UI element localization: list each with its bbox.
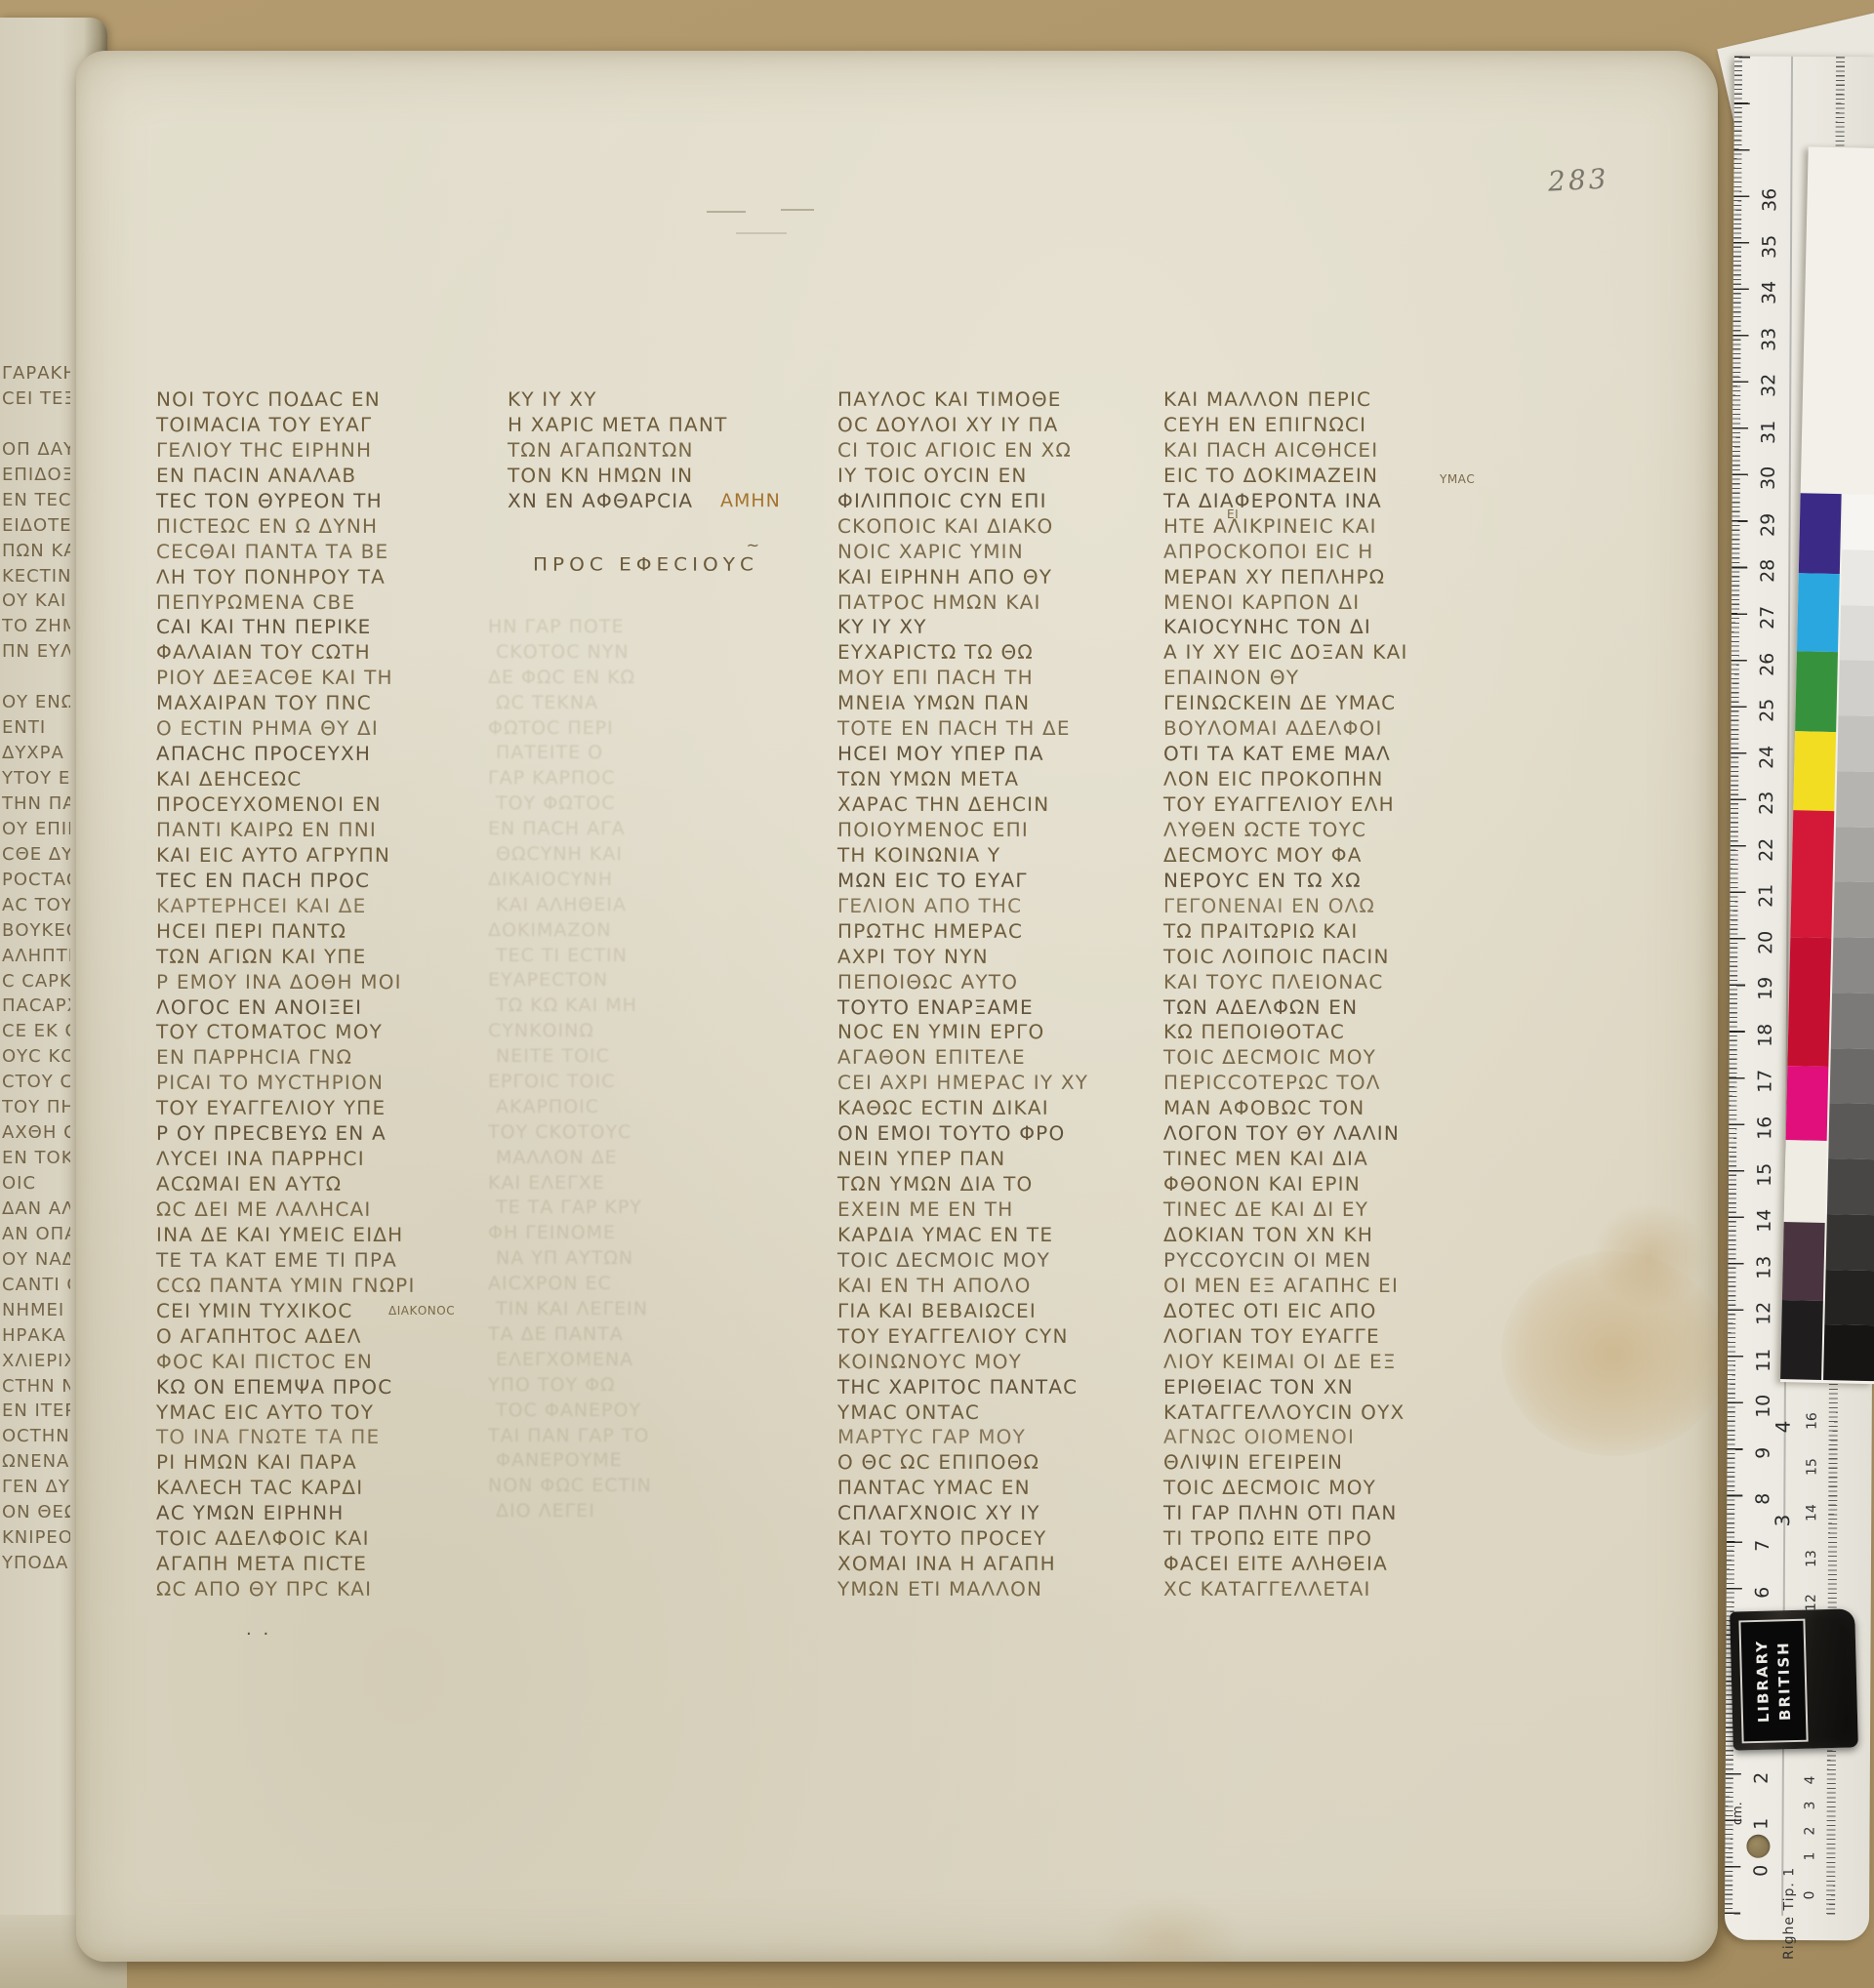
manuscript-line: ΚΑΙ ΜΑΛΛΟΝ ΠΕΡΙC [1163,388,1487,413]
manuscript-line: CΑΙ ΚΑΙ ΤΗΝ ΠΕΡΙΚΕ [156,616,480,640]
bleed-through-line: ΠΑΤΕΙΤΕ Ο [496,741,820,766]
ruler-number-inch: 3 [1771,1506,1790,1535]
fragment-line: ΔΥΧΡΑ [2,741,70,766]
text-column-1: ΝΟΙ ΤΟΥC ΠΟΔΑC ΕΝΤΟΙΜΑCΙΑ ΤΟΥ ΕΥΑΓΓΕΛΙΟΥ… [156,388,480,1603]
ruler-secondary-numbers: 2080161514131243210 [1734,57,1874,58]
manuscript-line: ΤΟΙC ΛΟΙΠΟΙC ΠΑCΙΝ [1163,946,1487,970]
faded-running-title-mark [781,209,814,211]
manuscript-line: ΜΕΡΑΝ ΧΥ ΠΕΠΛΗΡΩ [1163,566,1487,590]
manuscript-line: Ο ΘC ΩC ΕΠΙΠΟΘΩ [837,1451,1161,1476]
manuscript-line: ΦΙΛΙΠΠΟΙC CΥΝ ΕΠΙ [837,490,1161,514]
manuscript-line: ΗCΕΙ ΜΟΥ ΥΠΕΡ ΠΑ [837,743,1161,767]
manuscript-line: ΚΑΙ ΠΑCΗ ΑΙCΘΗCΕΙ [1163,439,1487,464]
fragment-line: ΧΛΙΕΡΙΧ [2,1349,70,1374]
fragment-line: ΔΑΝ ΑΛΑΝ [2,1197,70,1222]
manuscript-line: ΚΑΙΟCΥΝΗC ΤΟΝ ΔΙ [1163,616,1487,640]
manuscript-line: ΠΡΩΤΗC ΗΜΕΡΑC [837,920,1161,945]
manuscript-line: ΥΜΑC ΟΝΤΑC [837,1401,1161,1426]
fragment-line: ΕΠΙΔΟΞΑ [2,463,70,488]
manuscript-line: ΘΛΙΨΙΝ ΕΓΕΙΡΕΙΝ [1163,1451,1487,1476]
manuscript-line: ΓΕΓΟΝΕΝΑΙ ΕΝ ΟΛΩ [1163,895,1487,919]
ruler-number-cm: 14 [1754,1203,1773,1238]
manuscript-line: ΙΥ ΤΟΙC ΟΥCΙΝ ΕΝ [837,465,1161,489]
manuscript-line: ΠΑΥΛΟC ΚΑΙ ΤΙΜΟΘΕ [837,388,1161,413]
ruler-number-cm: 20 [1755,925,1774,960]
gray-step-1 [1842,494,1874,550]
gray-step-5 [1837,715,1874,772]
bleed-through-line: ΥΠΟ ΤΟΥ ΦΩ [488,1373,820,1399]
bleed-through-line: ΝΑ ΥΠ ΑΥΤΩΝ [496,1246,820,1272]
manuscript-line: ΤΙΝΕC ΜΕΝ ΚΑΙ ΔΙΑ [1163,1148,1487,1172]
ruler-number-cm: 36 [1759,183,1778,218]
color-patch-crimson [1787,937,1831,1067]
ruler-number-secondary: 0 [1802,1881,1817,1910]
ruler-number-cm: 9 [1752,1436,1772,1471]
manuscript-line: ΝΟC ΕΝ ΥΜΙΝ ΕΡΓΟ [837,1021,1161,1045]
fragment-line: ΚΕCΤΙΝ [2,564,70,589]
fragment-line: ΚΝΙΡΕΟ [2,1525,70,1551]
fragment-line: ΕΝ ΤΟΚΕ [2,1146,70,1171]
manuscript-line: ΤΟΙC ΑΔΕΛΦΟΙC ΚΑΙ [156,1527,480,1552]
manuscript-line: ΧΑΡΑC ΤΗΝ ΔΕΗCΙΝ [837,793,1161,818]
ruler-number-cm: 18 [1755,1018,1774,1053]
manuscript-line: ΛΟΝ ΕΙC ΠΡΟΚΟΠΗΝ [1163,768,1487,792]
fragment-line: ΑΧΘΗ CΠΟ [2,1120,70,1146]
manuscript-line: ΗΤΕ ΑΛΙΚΡΙΝΕΙC ΚΑΙ [1163,515,1487,540]
manuscript-line: ΛΙΟΥ ΚΕΙΜΑΙ ΟΙ ΔΕ ΕΞ [1163,1351,1487,1375]
bleed-through-line: ΘΩCΥΝΗ ΚΑΙ [496,842,820,868]
fragment-line: ΟΙC [2,1171,70,1197]
manuscript-line: ΑC ΥΜΩΝ ΕΙΡΗΝΗ [156,1502,480,1526]
manuscript-line: ΤΟΥ CΤΟΜΑΤΟC ΜΟΥ [156,1021,480,1045]
manuscript-line: ΧΟΜΑΙ ΙΝΑ Η ΑΓΑΠΗ [837,1553,1161,1577]
bleed-through-line: ΕΡΓΟΙC ΤΟΙC [488,1070,820,1095]
manuscript-line: ΛΗ ΤΟΥ ΠΟΝΗΡΟΥ ΤΑ [156,566,480,590]
gray-step-6 [1836,771,1874,828]
ruler-number-cm: 11 [1753,1342,1772,1377]
manuscript-line: ΤΙ ΤΡΟΠΩ ΕΙΤΕ ΠΡΟ [1163,1527,1487,1552]
fragment-line: ΠΩΝ ΚΑΙ [2,539,70,564]
manuscript-line: ΤΟΙC ΔΕCΜΟΙC ΜΟΥ [1163,1477,1487,1501]
ruler-hole [1746,1835,1770,1858]
fragment-line: CΤΟΥ CΙΝ [2,1070,70,1095]
manuscript-line: ΚΥ ΙΥ ΧΥ [508,388,832,413]
bleed-through-line: ΕΛΕΓΧΟΜΕΝΑ [496,1348,820,1373]
manuscript-line: ΚΑΡΔΙΑ ΥΜΑC ΕΝ ΤΕ [837,1224,1161,1248]
manuscript-line: ΑΓΑΘΟΝ ΕΠΙΤΕΛΕ [837,1046,1161,1071]
fragment-line: ΑC ΤΟΥ ΑΔ [2,893,70,918]
bleed-through-line: ΓΑΡ ΚΑΡΠΟC [488,766,820,791]
color-patch-violet [1799,493,1842,574]
bleed-through-line: ΝΟΝ ΦΩC ΕCΤΙΝ [488,1474,820,1499]
faded-running-title-mark [736,232,787,234]
text-column-4: ΚΑΙ ΜΑΛΛΟΝ ΠΕΡΙCCΕΥΗ ΕΝ ΕΠΙΓΝΩCΙΚΑΙ ΠΑCΗ… [1163,388,1487,1603]
gray-step-3 [1840,605,1874,662]
manuscript-photo-stage: ΓΑΡΑΚΗCΕΙ ΤΕΞΑΟΠ ΔΑΥΕΠΙΔΟΞΑΕΝ ΤΕCΤΗΕΙΔΟΤ… [0,0,1874,1988]
bleed-through-line: ΤΑ ΔΕ ΠΑΝΤΑ [488,1322,820,1348]
manuscript-line: ΧΝ ΕΝ ΑΦΘΑΡCΙΑ [508,490,832,514]
label-word-british: BRITISH [1774,1641,1794,1721]
fragment-line: ΟΝ ΘΕΩΡΙ [2,1500,70,1525]
fragment-line: CΘΕ ΔΥΝΑ [2,842,70,868]
manuscript-line: ΛΟΓΟC ΕΝ ΑΝΟΙΞΕΙ [156,996,480,1021]
ruler-number-cm: 8 [1752,1481,1772,1517]
parchment-page: 283 ΝΟΙ ΤΟΥC ΠΟΔΑC ΕΝΤΟΙΜΑCΙΑ ΤΟΥ ΕΥΑΓΓΕ… [76,51,1718,1962]
label-word-library: LIBRARY [1753,1640,1772,1724]
fragment-line: ΠΝ ΕΥΛΑ [2,639,70,665]
gray-step-11 [1829,1048,1874,1105]
ephesians-subscription: ΠΡΟC ΕΦΕCΙΟΥC [533,553,758,576]
fragment-line: CΕ ΕΚ ΟΥC [2,1019,70,1044]
manuscript-line: ΩC ΔΕΙ ΜΕ ΛΑΛΗCΑΙ [156,1198,480,1223]
bleed-through-line: ΚΑΙ ΕΛΕΓΧΕ [488,1171,820,1197]
manuscript-line: Ρ ΕΜΟΥ ΙΝΑ ΔΟΘΗ ΜΟΙ [156,971,480,995]
ruler-number-cm: 35 [1759,228,1778,264]
manuscript-line: ΤΕC ΕΝ ΠΑCΗ ΠΡΟC [156,870,480,894]
manuscript-line: ΔΟΤΕC ΟΤΙ ΕΙC ΑΠΟ [1163,1300,1487,1324]
manuscript-line: ΛΟΓΟΝ ΤΟΥ ΘΥ ΛΑΛΙΝ [1163,1122,1487,1147]
bleed-through-line: ΔΕ ΦΩC ΕΝ ΚΩ [488,666,820,691]
manuscript-line: ΤΟΥ ΕΥΑΓΓΕΛΙΟΥ CΥΝ [837,1325,1161,1350]
ruler-number-cm: 33 [1758,321,1777,356]
fragment-line: ΕΝ ΤΕCΤΗ [2,488,70,513]
manuscript-line: ΜΑΧΑΙΡΑΝ ΤΟΥ ΠΝC [156,692,480,716]
color-patch-plum [1782,1222,1825,1301]
manuscript-line: ΚΑΡΤΕΡΗCΕΙ ΚΑΙ ΔΕ [156,895,480,919]
british-library-clamp: BRITISH LIBRARY [1730,1608,1858,1750]
gray-step-13 [1827,1158,1874,1215]
manuscript-line: ΛΥΘΕΝ ΩCΤΕ ΤΟΥC [1163,819,1487,843]
ruler-number-cm: 16 [1754,1111,1773,1146]
manuscript-line: CΕCΘΑΙ ΠΑΝΤΑ ΤΑ ΒΕ [156,541,480,565]
bleed-through-line: ΤΟΥ CΚΟΤΟΥC [488,1120,820,1146]
ruler-number-cm: 29 [1757,507,1776,543]
manuscript-line: ΛΟΓΙΑΝ ΤΟΥ ΕΥΑΓΓΕ [1163,1325,1487,1350]
bleed-through-line: ΩC ΤΕΚΝΑ [496,691,820,716]
manuscript-line: ΠΑΤΡΟC ΗΜΩΝ ΚΑΙ [837,591,1161,616]
manuscript-line: ΟC ΔΟΥΛΟΙ ΧΥ ΙΥ ΠΑ [837,414,1161,438]
manuscript-line: ΕΝ ΠΑCΙΝ ΑΝΑΛΑΒ [156,465,480,489]
manuscript-line: ΠΕΠΟΙΘΩC ΑΥΤΟ [837,971,1161,995]
manuscript-line: ΦΟC ΚΑΙ ΠΙCΤΟC ΕΝ [156,1351,480,1375]
bleed-through-line: ΦΑΝΕΡΟΥΜΕ [496,1448,820,1474]
fragment-line: ΡΟCΤΑC [2,868,70,893]
manuscript-line: ΒΟΥΛΟΜΑΙ ΑΔΕΛΦΟΙ [1163,717,1487,742]
manuscript-line: ΩC ΑΠΟ ΘΥ ΠΡC ΚΑΙ [156,1578,480,1603]
fragment-line: CΤΗΝ ΝΙ [2,1374,70,1400]
british-library-label: BRITISH LIBRARY [1738,1619,1808,1744]
bleed-through-line: ΔΙΟ ΛΕΓΕΙ [496,1499,820,1524]
fragment-line [2,665,70,690]
bleed-through-line: ΤΟΥ ΦΩΤΟC [496,791,820,817]
ruler-number-cm: 19 [1755,971,1774,1006]
manuscript-line: ΚΩ ΠΕΠΟΙΘΟΤΑC [1163,1021,1487,1045]
manuscript-line: ΤΟΙΜΑCΙΑ ΤΟΥ ΕΥΑΓ [156,414,480,438]
manuscript-line: ΝΕΡΟΥC ΕΝ ΤΩ ΧΩ [1163,870,1487,894]
manuscript-line: ΕΡΙΘΕΙΑC ΤΟΝ ΧΝ [1163,1376,1487,1400]
ruler-number-cm: 23 [1756,786,1775,821]
manuscript-line: ΛΥCΕΙ ΙΝΑ ΠΑΡΡΗCΙ [156,1148,480,1172]
gray-step-16 [1823,1324,1874,1381]
color-patch-red [1790,810,1834,938]
manuscript-line: ΤΗ ΚΟΙΝΩΝΙΑ Υ [837,844,1161,869]
parchment-stain [1091,1895,1247,1983]
manuscript-line: ΡΙ ΗΜΩΝ ΚΑΙ ΠΑΡΑ [156,1451,480,1476]
fragment-line: ΕΝ ΙΤΕΡΙ [2,1399,70,1424]
manuscript-line: ΟΙ ΜΕΝ ΕΞ ΑΓΑΠΗC ΕΙ [1163,1275,1487,1299]
color-patch-magenta [1786,1066,1829,1141]
manuscript-line: ΠΕΠΥΡΩΜΕΝΑ CΒΕ [156,591,480,616]
manuscript-line: ΤΑ ΔΙΑΦΕΡΟΝΤΑ ΙΝΑ [1163,490,1487,514]
manuscript-line: ΦΑΛΑΙΑΝ ΤΟΥ CΩΤΗ [156,641,480,666]
manuscript-line: ΤΟΙC ΔΕCΜΟΙC ΜΟΥ [1163,1046,1487,1071]
ruler-number-secondary: 15 [1804,1452,1819,1481]
bleed-through-line: ΦΗ ΓΕΙΝΟΜΕ [488,1221,820,1246]
fragment-line: ΟΥ ΚΑΙ [2,588,70,614]
fragment-line: ΟΥC ΚΟCΜ [2,1044,70,1070]
fragment-line [2,412,70,437]
ruler-number-cm: 6 [1752,1574,1772,1609]
gray-step-9 [1832,937,1874,994]
fragment-line: ΤΟΥ ΠΗ [2,1095,70,1120]
ruler-number-cm: 24 [1756,739,1775,774]
ruler-number-cm: 12 [1753,1296,1772,1331]
manuscript-line: ΕΝ ΠΑΡΡΗCΙΑ ΓΝΩ [156,1046,480,1071]
manuscript-line: ΓΕΙΝΩCΚΕΙΝ ΔΕ ΥΜΑC [1163,692,1487,716]
ruler-number-cm: 30 [1758,461,1777,496]
ruler-number-secondary: 13 [1804,1544,1819,1573]
manuscript-line: ΑΓΝΩC ΟΙΟΜΕΝΟΙ [1163,1426,1487,1450]
manuscript-line: ΤΕ ΤΑ ΚΑΤ ΕΜΕ ΤΙ ΠΡΑ [156,1249,480,1274]
manuscript-line: ΕΠΑΙΝΟΝ ΘΥ [1163,667,1487,691]
manuscript-line: ΥΜΩΝ ΕΤΙ ΜΑΛΛΟΝ [837,1578,1161,1603]
manuscript-line: ΑCΩΜΑΙ ΕΝ ΑΥΤΩ [156,1173,480,1197]
fragment-line: ΥΤΟΥ ΕΝ [2,766,70,791]
manuscript-line: ΠΑΝΤΙ ΚΑΙΡΩ ΕΝ ΠΝΙ [156,819,480,843]
manuscript-line: CΕΥΗ ΕΝ ΕΠΙΓΝΩCΙ [1163,414,1487,438]
manuscript-line: ΜΑΡΤΥC ΓΑΡ ΜΟΥ [837,1426,1161,1450]
gray-step-10 [1831,993,1874,1049]
text-column-3: ΠΑΥΛΟC ΚΑΙ ΤΙΜΟΘΕΟC ΔΟΥΛΟΙ ΧΥ ΙΥ ΠΑCΙ ΤΟ… [837,388,1161,1603]
manuscript-line: ΚΑΙ ΤΟΥΤΟ ΠΡΟCΕΥ [837,1527,1161,1552]
gray-step-14 [1826,1214,1874,1271]
bleed-through-line: ΦΩΤΟC ΠΕΡΙ [488,716,820,742]
fragment-line: ΤΗΝ ΠΑΝ [2,791,70,817]
manuscript-line: ΤΩΝ ΥΜΩΝ ΔΙΑ ΤΟ [837,1173,1161,1197]
bleed-through-line: ΤΕC ΤΙ ΕCΤΙΝ [496,944,820,969]
bleed-through-line: ΑΚΑΡΠΟΙC [496,1095,820,1120]
manuscript-line: ΤΟΥΤΟ ΕΝΑΡΞΑΜΕ [837,996,1161,1021]
bleed-through-text: ΗΝ ΓΑΡ ΠΟΤΕCΚΟΤΟC ΝΥΝΔΕ ΦΩC ΕΝ ΚΩΩC ΤΕΚΝ… [488,615,820,1524]
manuscript-line: ΚΑΙ ΔΕΗCΕΩC [156,768,480,792]
punctuation-dots: · · [246,1624,271,1644]
manuscript-line: ΝΟΙ ΤΟΥC ΠΟΔΑC ΕΝ [156,388,480,413]
ruler-number-cm: 32 [1758,368,1777,403]
manuscript-line: ΦΘΟΝΟΝ ΚΑΙ ΕΡΙΝ [1163,1173,1487,1197]
fragment-line: ΩΝΕΝΑ [2,1449,70,1475]
gray-step-4 [1839,660,1874,716]
ruler-number-secondary: 1 [1802,1842,1817,1871]
bleed-through-line: ΤΑΙ ΠΑΝ ΓΑΡ ΤΟ [488,1424,820,1449]
bleed-through-line: ΔΙΚΑΙΟCΥΝΗ [488,868,820,893]
manuscript-line: ΤΟΥ ΕΥΑΓΓΕΛΙΟΥ ΥΠΕ [156,1097,480,1121]
manuscript-line: CΚΟΠΟΙC ΚΑΙ ΔΙΑΚΟ [837,515,1161,540]
ruler-number-cm: 28 [1757,553,1776,588]
manuscript-line: ΤΟ ΙΝΑ ΓΝΩΤΕ ΤΑ ΠΕ [156,1426,480,1450]
manuscript-line: ΑΠΡΟCΚΟΠΟΙ ΕΙC Η [1163,541,1487,565]
manuscript-line: ΡΥCCΟΥCΙΝ ΟΙ ΜΕΝ [1163,1249,1487,1274]
manuscript-line: ΔΕCΜΟΥC ΜΟΥ ΦΑ [1163,844,1487,869]
fragment-line: ΗΡΑΚΑ [2,1323,70,1349]
manuscript-line: ΟΝ ΕΜΟΙ ΤΟΥΤΟ ΦΡΟ [837,1122,1161,1147]
manuscript-line: ΕΥΧΑΡΙCΤΩ ΤΩ ΘΩ [837,641,1161,666]
color-patch-white [1784,1140,1827,1223]
manuscript-line: ΥΜΑC ΕΙC ΑΥΤΟ ΤΟΥ [156,1401,480,1426]
manuscript-line: ΝΟΙC ΧΑΡΙC ΥΜΙΝ [837,541,1161,565]
manuscript-line: Α ΙΥ ΧΥ ΕΙC ΔΟΞΑΝ ΚΑΙ [1163,641,1487,666]
manuscript-line: ΤΩΝ ΥΜΩΝ ΜΕΤΑ [837,768,1161,792]
ruler-number-cm: 17 [1754,1064,1773,1099]
gray-step-2 [1841,549,1874,606]
manuscript-line: ΕΧΕΙΝ ΜΕ ΕΝ ΤΗ [837,1198,1161,1223]
manuscript-line: CΠΛΑΓΧΝΟΙC ΧΥ ΙΥ [837,1502,1161,1526]
manuscript-line: ΠΡΟCΕΥΧΟΜΕΝΟΙ ΕΝ [156,793,480,818]
manuscript-line: ΜΩΝ ΕΙC ΤΟ ΕΥΑΓ [837,870,1161,894]
manuscript-line: ΠΙCΤΕΩC ΕΝ Ω ΔΥΝΗ [156,515,480,540]
ruler-number-cm: 7 [1752,1528,1772,1563]
fragment-line: ΟCΤΗΝΟC [2,1424,70,1449]
ruler-number-cm: 21 [1755,878,1774,913]
fragment-line: ΓΕΝ ΔΥΟ [2,1475,70,1500]
manuscript-line: ΚΑΙ ΕΙΡΗΝΗ ΑΠΟ ΘΥ [837,566,1161,590]
manuscript-line: ΜΕΝΟΙ ΚΑΡΠΟΝ ΔΙ [1163,591,1487,616]
manuscript-line: ΤΟΥ ΕΥΑΓΓΕΛΙΟΥ ΕΛΗ [1163,793,1487,818]
manuscript-line: Η ΧΑΡΙC ΜΕΤΑ ΠΑΝΤ [508,414,832,438]
manuscript-line: ΤΩΝ ΑΔΕΛΦΩΝ ΕΝ [1163,996,1487,1021]
color-patch-black [1780,1300,1823,1380]
manuscript-line: ΡΙΟΥ ΔΕΞΑCΘΕ ΚΑΙ ΤΗ [156,667,480,691]
manuscript-line: ΗCΕΙ ΠΕΡΙ ΠΑΝΤΩ [156,920,480,945]
manuscript-line: ΚΥ ΙΥ ΧΥ [837,616,1161,640]
manuscript-line: ΟΤΙ ΤΑ ΚΑΤ ΕΜΕ ΜΑΛ [1163,743,1487,767]
ruler-number-cm: 31 [1758,415,1777,450]
bleed-through-line: ΤΩ ΚΩ ΚΑΙ ΜΗ [496,994,820,1019]
bleed-through-line: ΜΑΛΛΟΝ ΔΕ [496,1146,820,1171]
ruler-number-cm: 15 [1754,1156,1773,1192]
manuscript-line: ΚΑΙ ΕΝ ΤΗ ΑΠΟΛΟ [837,1275,1161,1299]
ruler-number-cm: 22 [1756,832,1775,867]
ruler-cm-numbers: 3635343332313029282726252423222120191817… [1734,57,1874,58]
manuscript-line: ΑΠΑCΗC ΠΡΟCΕΥΧΗ [156,743,480,767]
ruler-number-secondary: 16 [1805,1406,1820,1436]
fragment-line: ΒΟΥΚΕCΘ [2,918,70,944]
manuscript-line: ΜΝΕΙΑ ΥΜΩΝ ΠΑΝ [837,692,1161,716]
manuscript-line: ΤΙ ΓΑΡ ΠΛΗΝ ΟΤΙ ΠΑΝ [1163,1502,1487,1526]
marginal-correction: ΕΙ [1227,507,1239,521]
bleed-through-line: ΤΟC ΦΑΝΕΡΟΥ [496,1399,820,1424]
fragment-line: ΕΙΔΟΤΕC [2,513,70,539]
ruler-inch-numbers: 43 [1734,57,1874,58]
bleed-through-line: ΤΙΝ ΚΑΙ ΛΕΓΕΙΝ [496,1297,820,1322]
manuscript-line: ΤΗC ΧΑΡΙΤΟC ΠΑΝΤΑC [837,1376,1161,1400]
manuscript-line: ΑΓΑΠΗ ΜΕΤΑ ΠΙCΤΕ [156,1553,480,1577]
manuscript-line: ΤΙΝΕC ΔΕ ΚΑΙ ΔΙ ΕΥ [1163,1198,1487,1223]
manuscript-line: ΤΟΝ ΚΝ ΗΜΩΝ ΙΝ [508,465,832,489]
bleed-through-line: ΕΝ ΠΑCΗ ΑΓΑ [488,817,820,842]
manuscript-line: ΠΑΝΤΑC ΥΜΑC ΕΝ [837,1477,1161,1501]
gray-step-15 [1824,1270,1874,1326]
manuscript-line: ΚΑΤΑΓΓΕΛΛΟΥCΙΝ ΟΥΧ [1163,1401,1487,1426]
fragment-line: CΕΙ ΤΕΞΑ [2,386,70,412]
fragment-line: ΟΥ ΕΝΩ [2,690,70,715]
manuscript-line: ΚΩ ΟΝ ΕΠΕΜΨΑ ΠΡΟC [156,1376,480,1400]
fragment-line: ΥΠΟΔΑΚΙ [2,1551,70,1576]
folio-number: 283 [1547,162,1609,197]
parchment-stain [1591,1202,1708,1310]
manuscript-line: ΝΕΙΝ ΥΠΕΡ ΠΑΝ [837,1148,1161,1172]
manuscript-line: ΚΑΘΩC ΕCΤΙΝ ΔΙΚΑΙ [837,1097,1161,1121]
manuscript-line: ΠΕΡΙCCΟΤΕΡΩC ΤΟΛ [1163,1072,1487,1096]
color-patch-cyan [1797,573,1840,652]
marginal-correction: ΔΙΑΚΟΝΟC [388,1304,455,1318]
gray-step-8 [1833,881,1874,938]
fragment-line: ΕΝΤΙ [2,715,70,741]
ruler-number-cm: 0 [1750,1853,1770,1888]
manuscript-line: ΧC ΚΑΤΑΓΓΕΛΛΕΤΑΙ [1163,1578,1487,1603]
manuscript-line: Ο ΕCΤΙΝ ΡΗΜΑ ΘΥ ΔΙ [156,717,480,742]
ruler-number-cm: 34 [1759,275,1778,310]
facing-page-text-fragments: ΓΑΡΑΚΗCΕΙ ΤΕΞΑΟΠ ΔΑΥΕΠΙΔΟΞΑΕΝ ΤΕCΤΗΕΙΔΟΤ… [2,361,70,1576]
manuscript-line: Ρ ΟΥ ΠΡΕCΒΕΥΩ ΕΝ Α [156,1122,480,1147]
bleed-through-line: ΝΕΙΤΕ ΤΟΙC [496,1044,820,1070]
bleed-through-line: ΕΥΑΡΕCΤΟΝ [488,968,820,994]
gray-step-7 [1835,827,1874,883]
fragment-line: ΑΝ ΟΠΑC [2,1222,70,1247]
manuscript-line: Ο ΑΓΑΠΗΤΟC ΑΔΕΛ [156,1325,480,1350]
manuscript-line: ΦΑCΕΙ ΕΙΤΕ ΑΛΗΘΕΙΑ [1163,1553,1487,1577]
cm-unit-label: cm. [1731,1796,1745,1825]
manuscript-line: ΤΟΙC ΔΕCΜΟΙC ΜΟΥ [837,1249,1161,1274]
fragment-line: ΓΑΡΑΚΗ [2,361,70,386]
faded-running-title-mark [707,211,746,213]
color-patch-yellow [1793,731,1836,811]
manuscript-line: CΙ ΤΟΙC ΑΓΙΟΙC ΕΝ ΧΩ [837,439,1161,464]
bleed-through-line: ΗΝ ΓΑΡ ΠΟΤΕ [488,615,820,640]
manuscript-line: ΚΑΛΕCΗ ΤΑC ΚΑΡΔΙ [156,1477,480,1501]
manuscript-line: ΓΙΑ ΚΑΙ ΒΕΒΑΙΩCΕΙ [837,1300,1161,1324]
manuscript-line: ΤΟΤΕ ΕΝ ΠΑCΗ ΤΗ ΔΕ [837,717,1161,742]
fragment-line: ΟΥ ΕΠΙΠΟ [2,817,70,842]
bleed-through-line: CΚΟΤΟC ΝΥΝ [496,640,820,666]
text-column-2: ΚΥ ΙΥ ΧΥΗ ΧΑΡΙC ΜΕΤΑ ΠΑΝΤΤΩΝ ΑΓΑΠΩΝΤΩΝΤΟ… [508,388,832,515]
manuscript-line: ΓΕΛΙΟΥ ΤΗC ΕΙΡΗΝΗ [156,439,480,464]
manuscript-line: ΤΩ ΠΡΑΙΤΩΡΙΩ ΚΑΙ [1163,920,1487,945]
color-patch-green [1795,651,1838,732]
bleed-through-line: CΥΝΚΟΙΝΩ [488,1019,820,1044]
manuscript-line: ΓΕΛΙΟΝ ΑΠΟ ΤΗC [837,895,1161,919]
manuscript-line: ΔΟΚΙΑΝ ΤΟΝ ΧΝ ΚΗ [1163,1224,1487,1248]
manuscript-line: ΜΟΥ ΕΠΙ ΠΑCΗ ΤΗ [837,667,1161,691]
manuscript-line: ΚΟΙΝΩΝΟΥC ΜΟΥ [837,1351,1161,1375]
fragment-line: ΝΗΜΕΙ [2,1298,70,1323]
manuscript-line: ΤΩΝ ΑΓΑΠΩΝΤΩΝ [508,439,832,464]
fragment-line: ΑΛΗΠΤΗ [2,944,70,969]
manuscript-line: ΙΝΑ ΔΕ ΚΑΙ ΥΜΕΙC ΕΙΔΗ [156,1224,480,1248]
fragment-line: ΠΑCΑΡΧΟ [2,994,70,1019]
ruler-number-cm: 27 [1757,600,1776,635]
manuscript-line: ΡΙCΑΙ ΤΟ ΜΥCΤΗΡΙΟΝ [156,1072,480,1096]
fragment-line: ΟΥ ΝΑΔΥ [2,1247,70,1273]
